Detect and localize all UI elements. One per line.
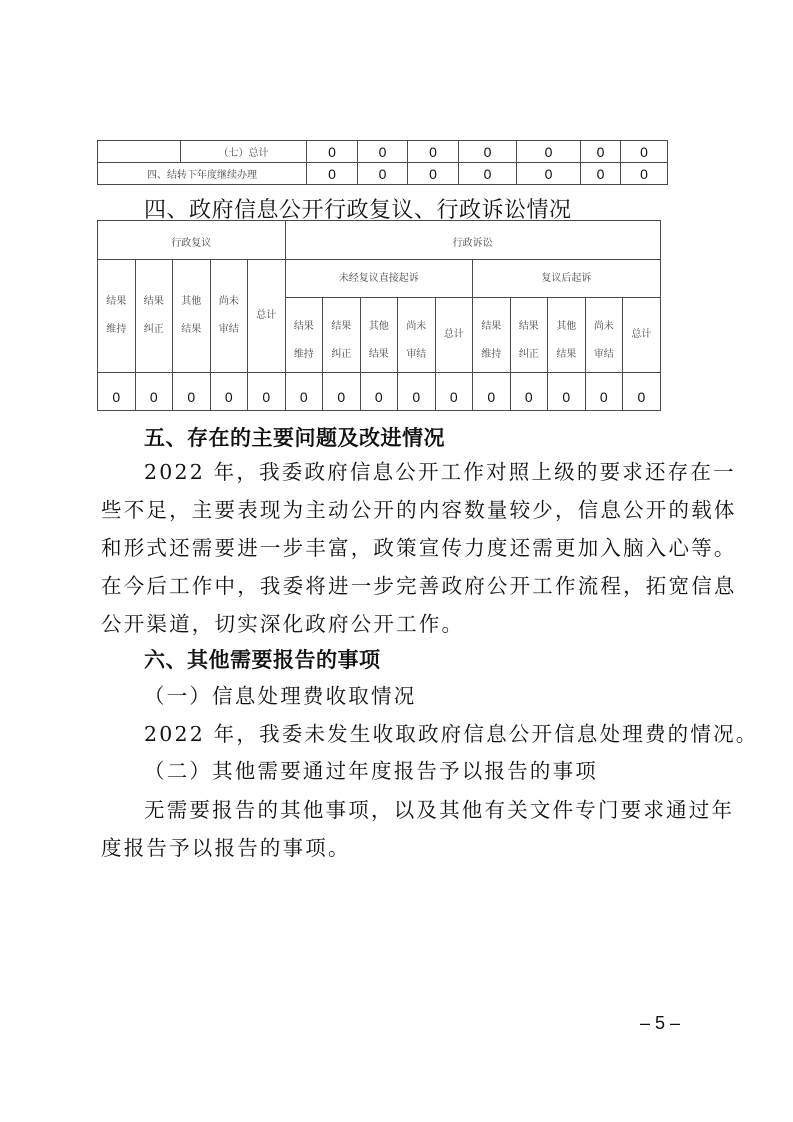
section-heading-6: 六、其他需要报告的事项 [144, 644, 381, 674]
col-header: 其他结果 [548, 298, 586, 373]
col-header: 结果维持 [473, 298, 511, 373]
col-header: 结果纠正 [323, 298, 361, 373]
paragraph-line: 2022 年，我委政府信息公开工作对照上级的要求还存在一 [144, 455, 736, 485]
cell-value: 0 [408, 141, 459, 163]
cell-value: 0 [459, 163, 517, 185]
cell-value: 0 [623, 373, 661, 411]
cell-value: 0 [360, 373, 398, 411]
col-header: 结果维持 [98, 260, 136, 373]
cell-value: 0 [358, 163, 408, 185]
table-row-values: 0 0 0 0 0 0 0 0 0 0 0 0 0 0 0 [98, 373, 661, 411]
cell-value: 0 [510, 373, 548, 411]
row-label: （七）总计 [181, 141, 307, 163]
cell-value: 0 [517, 141, 581, 163]
subgroup-header-after-review: 复议后起诉 [473, 260, 661, 298]
subsection-title-1: （一）信息处理费收取情况 [144, 679, 416, 709]
paragraph-line: 在今后工作中，我委将进一步完善政府公开工作流程，拓宽信息 [101, 569, 737, 599]
cell-value: 0 [398, 373, 436, 411]
row-group-cell [98, 141, 181, 163]
cell-value: 0 [581, 141, 621, 163]
paragraph-line: 公开渠道，切实深化政府公开工作。 [101, 607, 464, 637]
paragraph-line: 度报告予以报告的事项。 [101, 831, 351, 861]
cell-value: 0 [548, 373, 586, 411]
col-header: 其他结果 [360, 298, 398, 373]
paragraph-line: 些不足，主要表现为主动公开的内容数量较少，信息公开的载体 [101, 493, 737, 523]
group-header-litigation: 行政诉讼 [285, 221, 660, 260]
cell-value: 0 [585, 373, 623, 411]
col-header: 结果纠正 [135, 260, 173, 373]
header-row-subgroups: 结果维持 结果纠正 其他结果 尚未审结 总计 未经复议直接起诉 复议后起诉 [98, 260, 661, 298]
disclosure-handling-table-continued: （七）总计 0 0 0 0 0 0 0 四、结转下年度继续办理 0 0 0 0 … [97, 140, 668, 185]
col-header: 结果维持 [285, 298, 323, 373]
subgroup-header-direct: 未经复议直接起诉 [285, 260, 473, 298]
cell-value: 0 [248, 373, 286, 411]
table-row-total: （七）总计 0 0 0 0 0 0 0 [98, 141, 668, 163]
cell-value: 0 [307, 163, 358, 185]
cell-value: 0 [621, 141, 668, 163]
cell-value: 0 [173, 373, 211, 411]
table-row-carryover: 四、结转下年度继续办理 0 0 0 0 0 0 0 [98, 163, 668, 185]
cell-value: 0 [581, 163, 621, 185]
cell-value: 0 [408, 163, 459, 185]
col-header: 尚未审结 [398, 298, 436, 373]
subsection-text-1: 2022 年，我委未发生收取政府信息公开信息处理费的情况。 [144, 717, 759, 747]
cell-value: 0 [473, 373, 511, 411]
col-header-total: 总计 [435, 298, 473, 373]
review-litigation-table: 行政复议 行政诉讼 结果维持 结果纠正 其他结果 尚未审结 总计 未经复议直接起… [97, 220, 661, 411]
cell-value: 0 [98, 373, 136, 411]
col-header-total: 总计 [248, 260, 286, 373]
header-row-groups: 行政复议 行政诉讼 [98, 221, 661, 260]
section-heading-5: 五、存在的主要问题及改进情况 [144, 422, 445, 452]
cell-value: 0 [210, 373, 248, 411]
paragraph-line: 无需要报告的其他事项，以及其他有关文件专门要求通过年 [144, 793, 734, 823]
cell-value: 0 [285, 373, 323, 411]
col-header: 尚未审结 [585, 298, 623, 373]
cell-value: 0 [358, 141, 408, 163]
group-header-review: 行政复议 [98, 221, 286, 260]
row-label: 四、结转下年度继续办理 [98, 163, 307, 185]
col-header: 结果纠正 [510, 298, 548, 373]
cell-value: 0 [621, 163, 668, 185]
cell-value: 0 [459, 141, 517, 163]
cell-value: 0 [323, 373, 361, 411]
cell-value: 0 [517, 163, 581, 185]
col-header: 尚未审结 [210, 260, 248, 373]
subsection-title-2: （二）其他需要通过年度报告予以报告的事项 [144, 754, 598, 784]
cell-value: 0 [435, 373, 473, 411]
col-header-total: 总计 [623, 298, 661, 373]
page-number: – 5 – [640, 1013, 680, 1034]
col-header: 其他结果 [173, 260, 211, 373]
paragraph-line: 和形式还需要进一步丰富，政策宣传力度还需更加入脑入心等。 [101, 531, 737, 561]
cell-value: 0 [135, 373, 173, 411]
cell-value: 0 [307, 141, 358, 163]
